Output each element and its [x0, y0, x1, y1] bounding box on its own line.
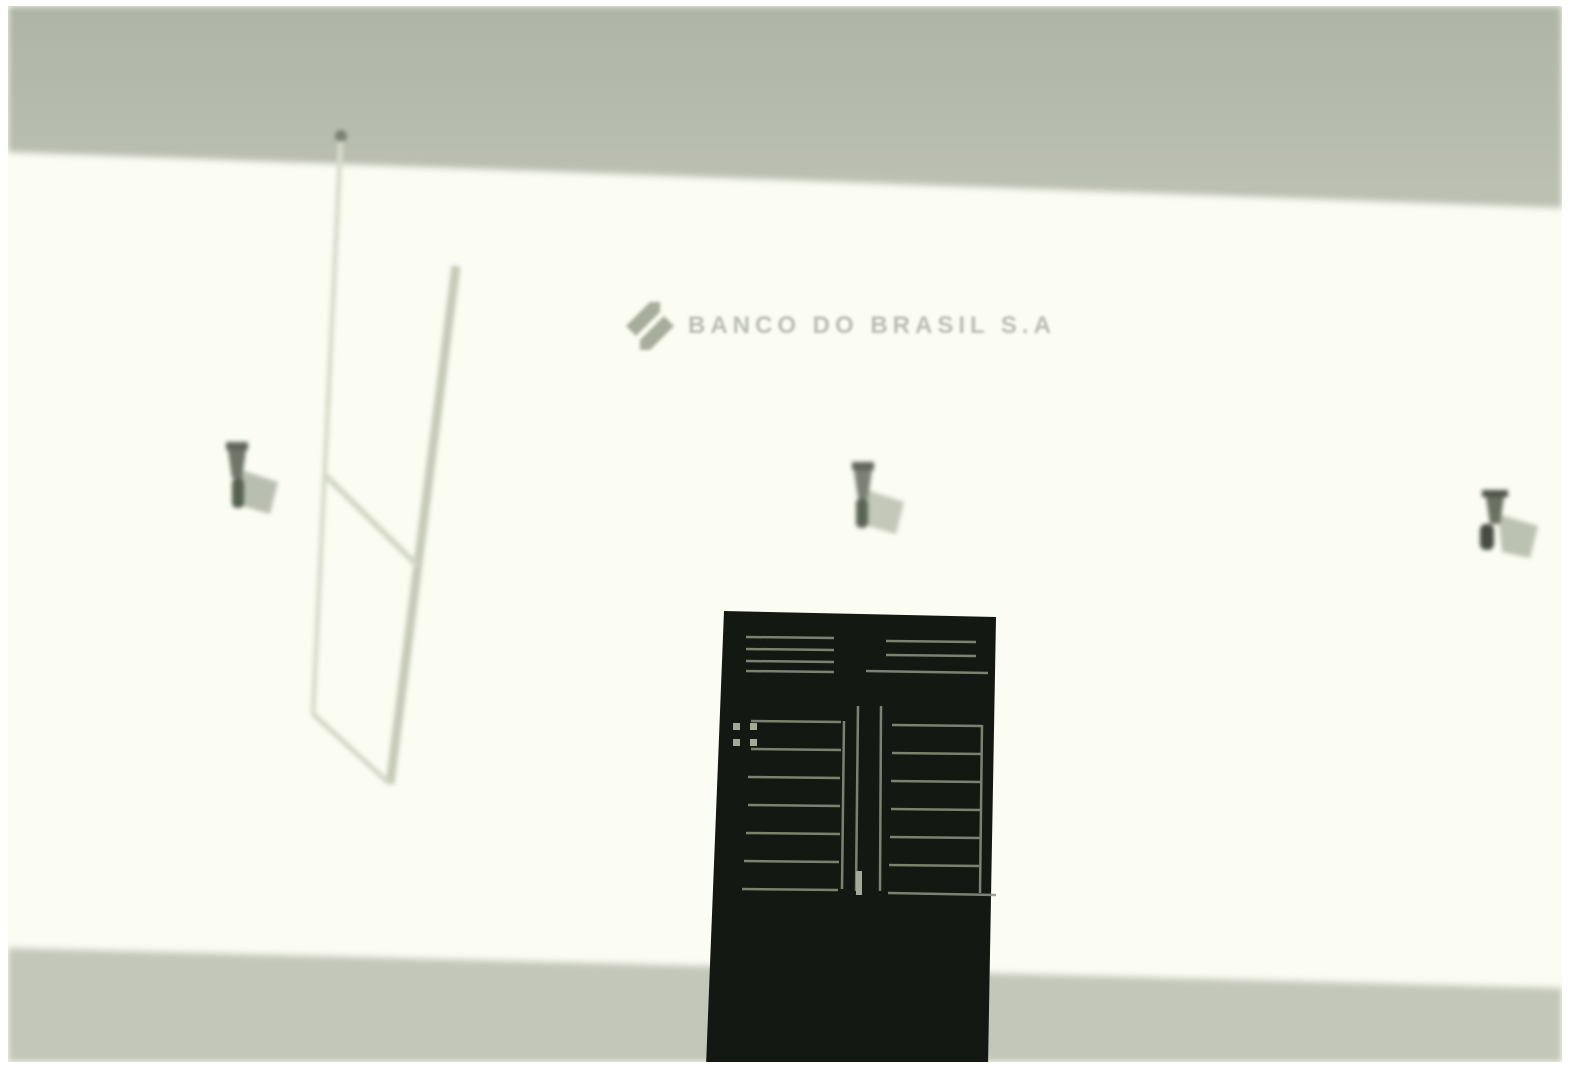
wall-lantern-left-icon — [208, 434, 288, 524]
flagpole — [313, 130, 456, 784]
front-door[interactable] — [706, 611, 998, 1062]
photograph: BANCO DO BRASIL S.A — [8, 6, 1562, 1062]
bank-sign-text: BANCO DO BRASIL S.A — [688, 312, 1056, 340]
sky — [8, 6, 1562, 208]
wall-lantern-center-icon — [834, 454, 914, 544]
wall-lantern-right-icon — [1464, 482, 1544, 572]
bank-logo-icon — [620, 298, 680, 354]
